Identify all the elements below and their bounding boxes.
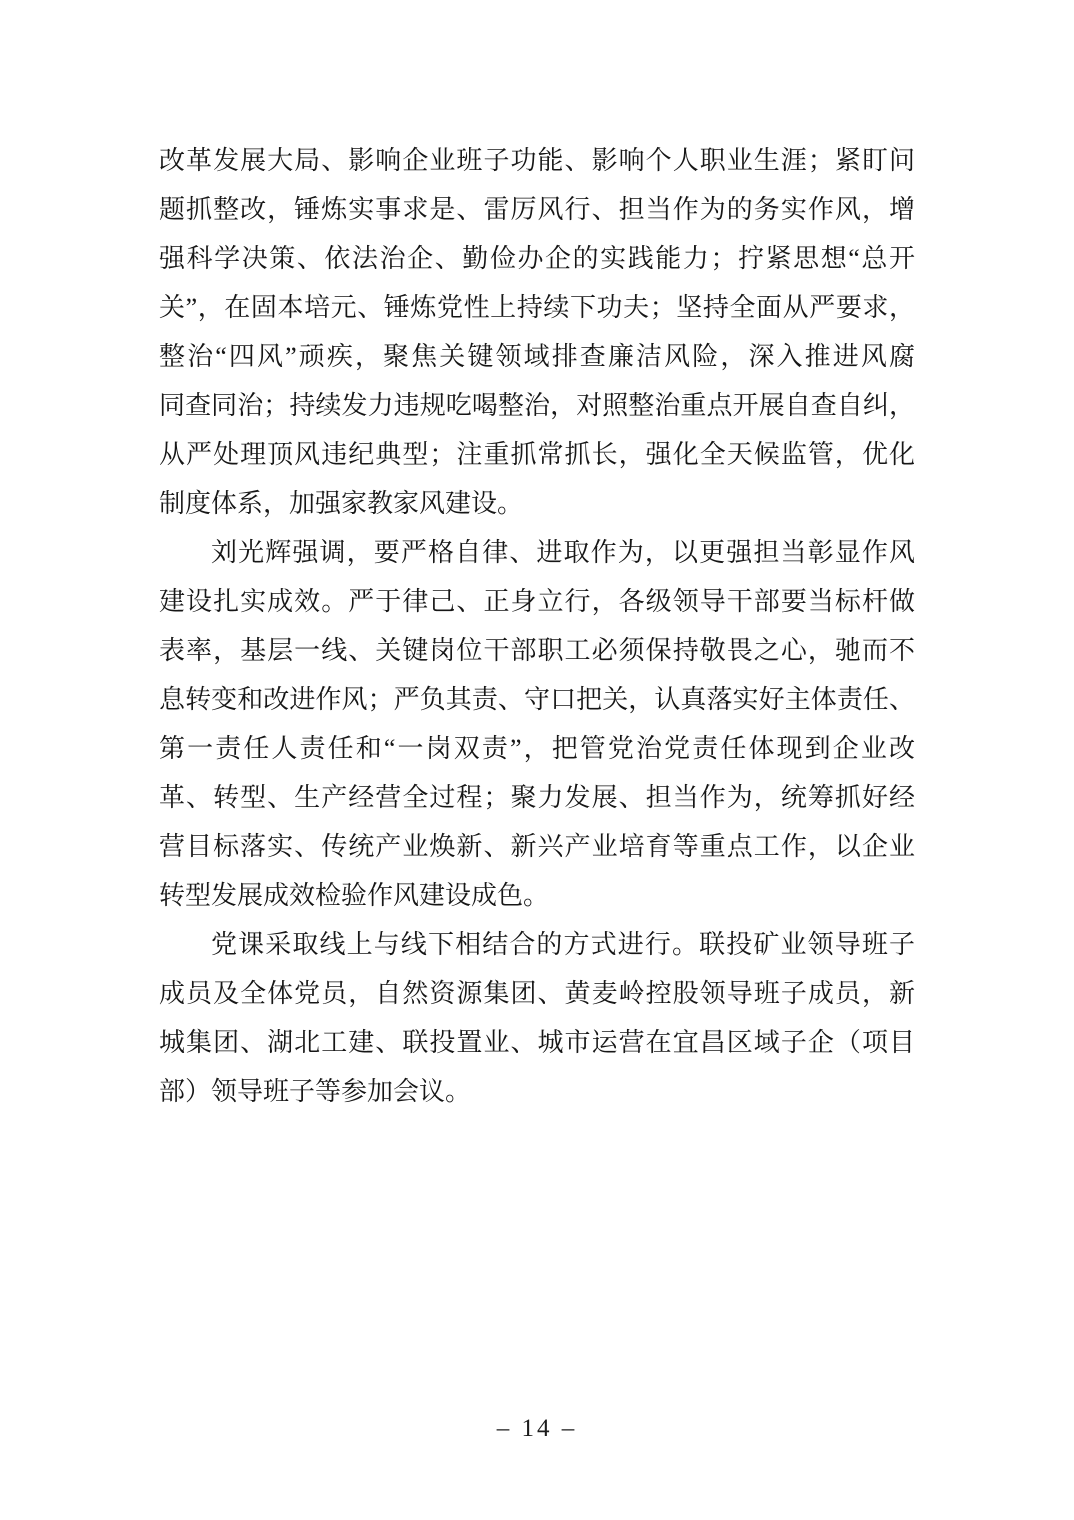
text-line: 建设扎实成效。严于律己、正身立行，各级领导干部要当标杆做 [159,577,915,626]
text-line: 第一责任人责任和“一岗双责”，把管党治党责任体现到企业改 [159,724,915,773]
text-line: 成员及全体党员，自然资源集团、黄麦岭控股领导班子成员，新 [159,969,915,1018]
text-line: 从严处理顶风违纪典型；注重抓常抓长，强化全天候监管，优化 [159,430,915,479]
page-number: – 14 – [0,1414,1074,1444]
text-line: 营目标落实、传统产业焕新、新兴产业培育等重点工作，以企业 [159,822,915,871]
text-line: 强科学决策、依法治企、勤俭办企的实践能力；拧紧思想“总开 [159,234,915,283]
text-line: 关”，在固本培元、锤炼党性上持续下功夫；坚持全面从严要求， [159,283,915,332]
text-line: 表率，基层一线、关键岗位干部职工必须保持敬畏之心，驰而不 [159,626,915,675]
text-line: 制度体系，加强家教家风建设。 [159,479,915,528]
paragraph-1: 改革发展大局、影响企业班子功能、影响个人职业生涯；紧盯问 题抓整改，锤炼实事求是… [159,136,915,528]
paragraph-3: 党课采取线上与线下相结合的方式进行。联投矿业领导班子 成员及全体党员，自然资源集… [159,920,915,1116]
text-line: 党课采取线上与线下相结合的方式进行。联投矿业领导班子 [159,920,915,969]
text-line: 城集团、湖北工建、联投置业、城市运营在宜昌区域子企（项目 [159,1018,915,1067]
text-line: 同查同治；持续发力违规吃喝整治，对照整治重点开展自查自纠， [159,381,915,430]
document-body: 改革发展大局、影响企业班子功能、影响个人职业生涯；紧盯问 题抓整改，锤炼实事求是… [159,136,915,1116]
text-line: 改革发展大局、影响企业班子功能、影响个人职业生涯；紧盯问 [159,136,915,185]
text-line: 转型发展成效检验作风建设成色。 [159,871,915,920]
document-page: 改革发展大局、影响企业班子功能、影响个人职业生涯；紧盯问 题抓整改，锤炼实事求是… [0,0,1074,1520]
text-line: 革、转型、生产经营全过程；聚力发展、担当作为，统筹抓好经 [159,773,915,822]
text-line: 整治“四风”顽疾，聚焦关键领域排查廉洁风险，深入推进风腐 [159,332,915,381]
text-line: 部）领导班子等参加会议。 [159,1067,915,1116]
text-line: 题抓整改，锤炼实事求是、雷厉风行、担当作为的务实作风，增 [159,185,915,234]
paragraph-2: 刘光辉强调，要严格自律、进取作为，以更强担当彰显作风 建设扎实成效。严于律己、正… [159,528,915,920]
text-line: 息转变和改进作风；严负其责、守口把关，认真落实好主体责任、 [159,675,915,724]
text-line: 刘光辉强调，要严格自律、进取作为，以更强担当彰显作风 [159,528,915,577]
